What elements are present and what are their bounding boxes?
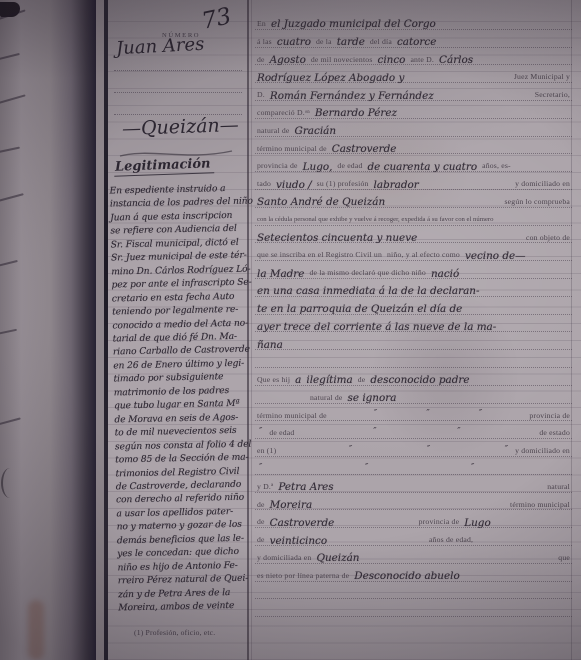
handwritten-entry: nació [431,269,459,279]
numero-value-handwritten: 73 [200,3,234,35]
handwritten-entry: ayer trece del corriente á las nueve de … [257,322,496,332]
printed-label: tado [257,180,271,188]
printed-label: y domiciliado en [515,180,570,188]
handwritten-entry: Santo André de Queizán [257,197,385,207]
handwritten-entry: el Juzgado municipal del Corgo [271,19,436,29]
handwritten-entry: de cuarenta y cuatro [368,162,478,172]
printed-label: provincia de [529,412,570,420]
handwritten-entry: Moreira [270,500,313,510]
printed-label: en (1) [257,447,276,455]
printed-label: de [257,501,265,509]
handwritten-entry: viudo / [276,180,312,190]
handwritten-entry: Queizán [316,553,359,563]
form-footnote: (1) Profesión, oficio, etc. [134,628,215,637]
form-line: natural deGracián [255,119,572,137]
form-line: deAgostode mil novecientoscincoante D.Cá… [255,48,572,66]
form-line: Que es hijailegítimadedesconocido padre [255,368,572,386]
handwritten-entry: ñana [257,340,283,350]
printed-label: de estado [539,429,570,437]
ditto-mark: ″ [347,446,354,455]
printed-label: Juez Municipal y [514,73,570,81]
printed-label: á las [257,38,272,46]
form-line: tadoviudo /su (1) profesiónlabradory dom… [255,172,572,190]
handwritten-entry: en una casa inmediata á la de la declara… [257,286,479,296]
printed-label: provincia de [419,518,460,526]
printed-label: de la [316,38,332,46]
form-line: término municipal deCastroverde [255,137,572,155]
handwritten-entry: Román Fernández y Fernández [270,91,434,101]
ditto-mark: ″ [424,410,431,419]
form-line: y domiciliada enQueizánque [255,546,572,564]
form-line: en una casa inmediata á la de la declara… [255,279,572,297]
ruled-line [114,92,242,93]
printed-label: según lo comprueba [504,198,570,206]
handwritten-entry: a [295,375,301,385]
ditto-mark: ″ [372,410,379,419]
ditto-mark: ″ [371,428,378,437]
ditto-mark: ″ [503,446,510,455]
brown-smudge [28,600,44,660]
adjacent-page-edge [0,0,96,660]
printed-label: con objeto de [526,234,570,242]
printed-label: provincia de [257,162,298,170]
printed-label: término municipal de [257,145,327,153]
handwritten-entry: Desconocido abuelo [354,571,459,581]
handwritten-entry: Setecientos cincuenta y nueve [257,233,417,243]
main-form-lines: Enel Juzgado municipal del Corgoá lascua… [255,12,572,617]
handwritten-entry: vecino de— [465,251,526,261]
printed-label: y D.ª [257,483,273,491]
form-line: término municipal de″″″provincia de [255,404,572,422]
printed-label: término municipal [510,501,570,509]
form-line [255,599,572,617]
handwritten-entry: Petra Ares [278,482,333,492]
handwritten-entry: te en la parroquia de Queizán el día de [257,304,462,314]
register-book-photo: NÚMERO 73 Juan Ares —Queizán— Legitimaci… [0,0,581,660]
printed-label: Secretario, [535,91,570,99]
handwritten-entry: Rodríguez López Abogado y [257,73,404,83]
form-line: natural dese ignora [255,386,572,404]
handwritten-entry: tarde [337,37,365,47]
registered-name-handwritten: Juan Ares [116,34,205,60]
form-line: Santo André de Queizánsegún lo comprueba [255,190,572,208]
printed-label: del día [370,38,392,46]
ink-stroke [0,53,20,61]
ink-stroke [0,147,20,154]
form-line: la Madrede la mismo declaró que dicho ni… [255,261,572,279]
handwritten-entry: veinticinco [270,536,327,546]
ditto-mark: ″ [257,464,264,473]
handwritten-entry: desconocido padre [370,375,469,385]
form-line: Enel Juzgado municipal del Corgo [255,12,572,30]
parish-name-handwritten: —Queizán— [122,114,239,140]
ink-stroke [0,94,26,105]
handwritten-entry: Lugo [464,518,491,528]
handwritten-entry: cuatro [277,37,311,47]
handwritten-entry: Agosto [270,55,306,65]
form-line: es nieto por línea paterna deDesconocido… [255,564,572,582]
form-line: Rodríguez López Abogado yJuez Municipal … [255,65,572,83]
printed-label: es nieto por línea paterna de [257,572,349,580]
ditto-mark: ″ [425,446,432,455]
form-line: compareció D.ᵒⁿBernardo Pérez [255,101,572,119]
printed-label: años, es- [482,162,511,170]
printed-label: su (1) profesión [317,180,369,188]
form-line: con la cédula personal que exhibe y vuel… [255,208,572,226]
printed-label: Que es hij [257,376,290,384]
handwritten-entry: ilegítima [306,375,352,385]
ink-stroke [0,329,17,336]
form-line: ñana [255,332,572,350]
form-line: deMoreiratérmino municipal [255,493,572,511]
form-line: ″″″ [255,457,572,475]
form-line: que se inscriba en el Registro Civil unn… [255,243,572,261]
form-line: ayer trece del corriente á las nueve de … [255,315,572,333]
handwritten-entry: Castroverde [332,144,397,154]
handwritten-entry: se ignora [348,393,397,403]
printed-label: de edad [269,429,294,437]
printed-label: natural [547,483,570,491]
ink-stroke [0,260,18,268]
margin-note-lines: En espediente instruido ainstancia de lo… [110,183,256,616]
page-edge-scuff [1,468,19,498]
form-line: Setecientos cincuenta y nuevecon objeto … [255,226,572,244]
printed-label: término municipal de [257,412,327,420]
printed-label: de edad [337,162,362,170]
margin-note-line: Moreira, ambos de veinte [118,600,255,616]
printed-label: que [558,554,570,562]
printed-label: que se inscriba en el Registro Civil un [257,251,382,259]
printed-label: de [358,376,366,384]
handwritten-entry: Lugo, [303,162,333,172]
margin-column: NÚMERO 73 Juan Ares —Queizán— Legitimaci… [112,0,245,660]
form-line: deveinticincoaños de edad, [255,528,572,546]
form-line: deCastroverdeprovincia deLugo [255,510,572,528]
form-line: D.Román Fernández y FernándezSecretario, [255,83,572,101]
handwritten-entry: Bernardo Pérez [315,108,397,118]
handwritten-entry: labrador [374,180,419,190]
handwritten-entry: catorce [397,37,436,47]
printed-label: de mil novecientos [311,56,373,64]
handwritten-entry: cinco [378,55,406,65]
printed-label: natural de [257,127,290,135]
handwritten-entry: Gracián [295,126,337,136]
form-line: provincia deLugo,de edadde cuarenta y cu… [255,154,572,172]
printed-label: de [257,536,265,544]
printed-label: natural de [310,394,343,402]
form-line: ″de edad″″de estado [255,421,572,439]
ditto-mark: ″ [455,428,462,437]
form-line: te en la parroquia de Queizán el día de [255,297,572,315]
form-line [255,582,572,600]
form-line [255,350,572,368]
margin-note-line: rreiro Pérez natural de Quei- [118,573,255,589]
margin-note-title: Legitimación [114,156,214,176]
printed-label: y domiciliado en [515,447,570,455]
printed-label: con la cédula personal que exhibe y vuel… [257,217,493,224]
ditto-mark: ″ [477,410,484,419]
handwritten-entry: Castroverde [270,518,335,528]
printed-label: de [257,56,265,64]
handwritten-entry: Cárlos [439,55,473,65]
printed-label: En [257,20,266,28]
handwritten-entry: la Madre [257,269,304,279]
printed-label: ante D. [410,56,434,64]
printed-label: y domiciliada en [257,554,311,562]
printed-label: de [257,518,265,526]
printed-label: niño, y al efecto como [387,251,460,259]
form-line: en (1)″″″y domiciliado en [255,439,572,457]
printed-label: de la mismo declaró que dicho niño [309,269,426,277]
ink-stroke [0,417,21,426]
ink-stroke [0,193,24,203]
ruled-line [114,70,242,71]
ditto-mark: ″ [469,464,476,473]
form-line: y D.ªPetra Aresnatural [255,475,572,493]
ditto-mark: ″ [363,464,370,473]
form-line: á lascuatrode latardedel díacatorce [255,30,572,48]
printed-label: compareció D.ᵒⁿ [257,109,310,117]
ditto-mark: ″ [257,428,264,437]
printed-label: años de edad, [429,536,473,544]
printed-label: D. [257,91,265,99]
